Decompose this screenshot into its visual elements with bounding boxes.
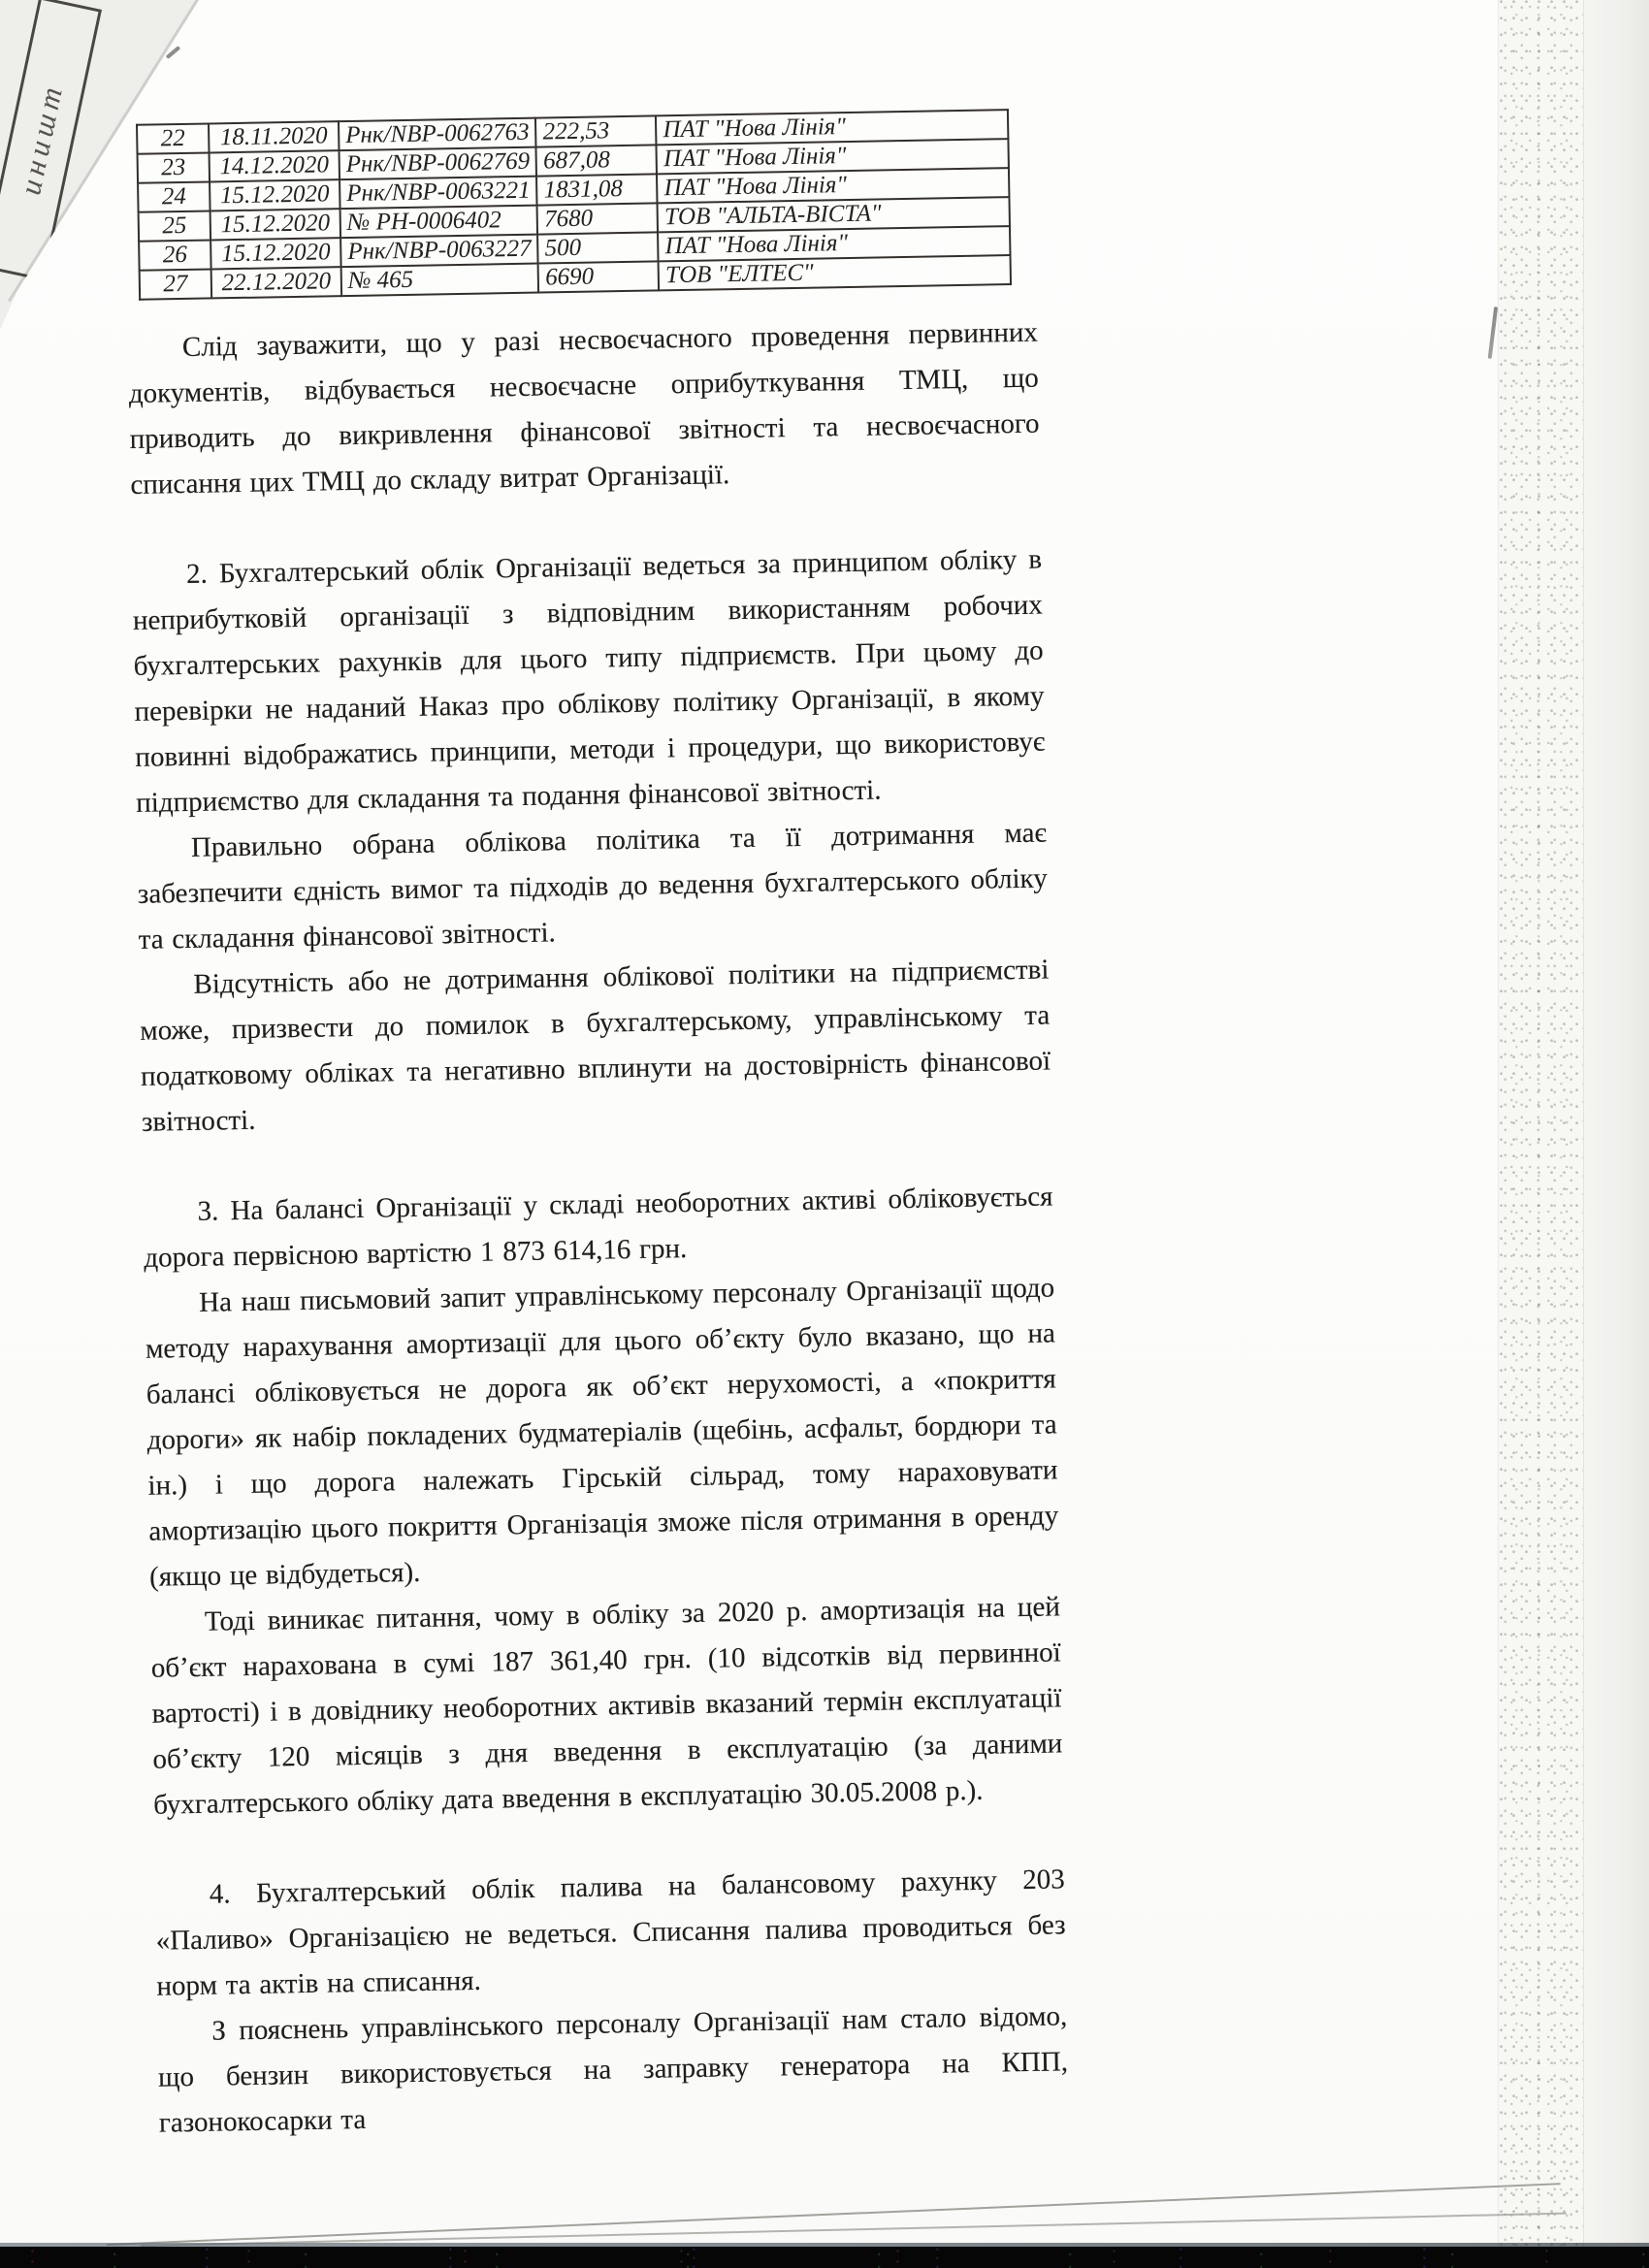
paragraph-policy-absence: Відсутність або не дотримання облікової …: [139, 947, 1051, 1145]
cell-date: 15.12.2020: [210, 238, 341, 269]
cell-date: 18.11.2020: [209, 121, 339, 152]
table-body: 22 18.11.2020 Рнк/NBP-0062763 222,53 ПАТ…: [137, 110, 1011, 300]
cell-row-number: 27: [140, 269, 212, 299]
paragraph-depreciation-issue: Тоді виникає питання, чому в обліку за 2…: [150, 1584, 1064, 1828]
paragraph-note-tmc: Слід зауважити, що у разі несвоєчасного …: [128, 310, 1041, 508]
cell-amount: 687,08: [536, 145, 658, 176]
page-right-edge: [1583, 0, 1649, 2247]
paragraph-accounting-policy: Правильно обрана облікова політика та її…: [137, 811, 1049, 963]
scan-mark-side: [1488, 307, 1499, 359]
cell-date: 15.12.2020: [210, 179, 340, 211]
cell-counterparty: ТОВ "ЕЛТЕС": [659, 255, 1011, 290]
page-edge-line: [107, 2183, 1561, 2246]
cell-doc-number: Рнк/NBP-0062769: [339, 147, 537, 180]
cell-doc-number: № 465: [341, 264, 539, 297]
paragraph-fuel-explanation: З пояснень управлінського персоналу Орга…: [157, 1993, 1069, 2146]
cell-row-number: 24: [138, 181, 210, 211]
scanned-document-page: иништ 22 18.11.2020 Рнк/NBP-0062763 222,…: [0, 0, 1649, 2268]
cell-amount: 1831,08: [536, 174, 658, 205]
paragraph-section-4: 4. Бухгалтерський облік палива на баланс…: [154, 1857, 1066, 2009]
paragraph-road-explanation: На наш письмовий запит управлінському пе…: [145, 1265, 1060, 1600]
cell-row-number: 23: [138, 152, 210, 182]
cell-amount: 6690: [538, 261, 660, 292]
cell-doc-number: № РН-0006402: [340, 206, 538, 239]
cell-row-number: 22: [137, 123, 210, 153]
scan-noise-strip: [1498, 0, 1584, 2247]
primary-documents-table: 22 18.11.2020 Рнк/NBP-0062763 222,53 ПАТ…: [136, 109, 1012, 301]
document-content: 22 18.11.2020 Рнк/NBP-0062763 222,53 ПАТ…: [124, 109, 1071, 2147]
paragraph-section-2: 2. Бухгалтерський облік Організації веде…: [132, 537, 1047, 826]
corner-label-text: иништ: [13, 80, 71, 198]
scanner-bottom-bar: [0, 2247, 1649, 2268]
cell-doc-number: Рнк/NBP-0063221: [339, 177, 537, 210]
cell-amount: 222,53: [535, 115, 657, 146]
cell-amount: 500: [537, 232, 659, 263]
cell-date: 15.12.2020: [210, 209, 341, 240]
cell-doc-number: Рнк/NBP-0062763: [339, 118, 536, 151]
cell-amount: 7680: [537, 203, 659, 234]
cell-date: 14.12.2020: [210, 150, 340, 181]
cell-row-number: 26: [139, 240, 211, 270]
corner-label-box: иништ: [0, 0, 102, 281]
cell-row-number: 25: [139, 211, 211, 241]
cell-doc-number: Рнк/NBP-0063227: [340, 235, 538, 268]
page-edge-line: [141, 2213, 1567, 2247]
paragraph-section-3: 3. На балансі Організації у складі необо…: [143, 1174, 1053, 1280]
cell-date: 22.12.2020: [211, 267, 342, 298]
